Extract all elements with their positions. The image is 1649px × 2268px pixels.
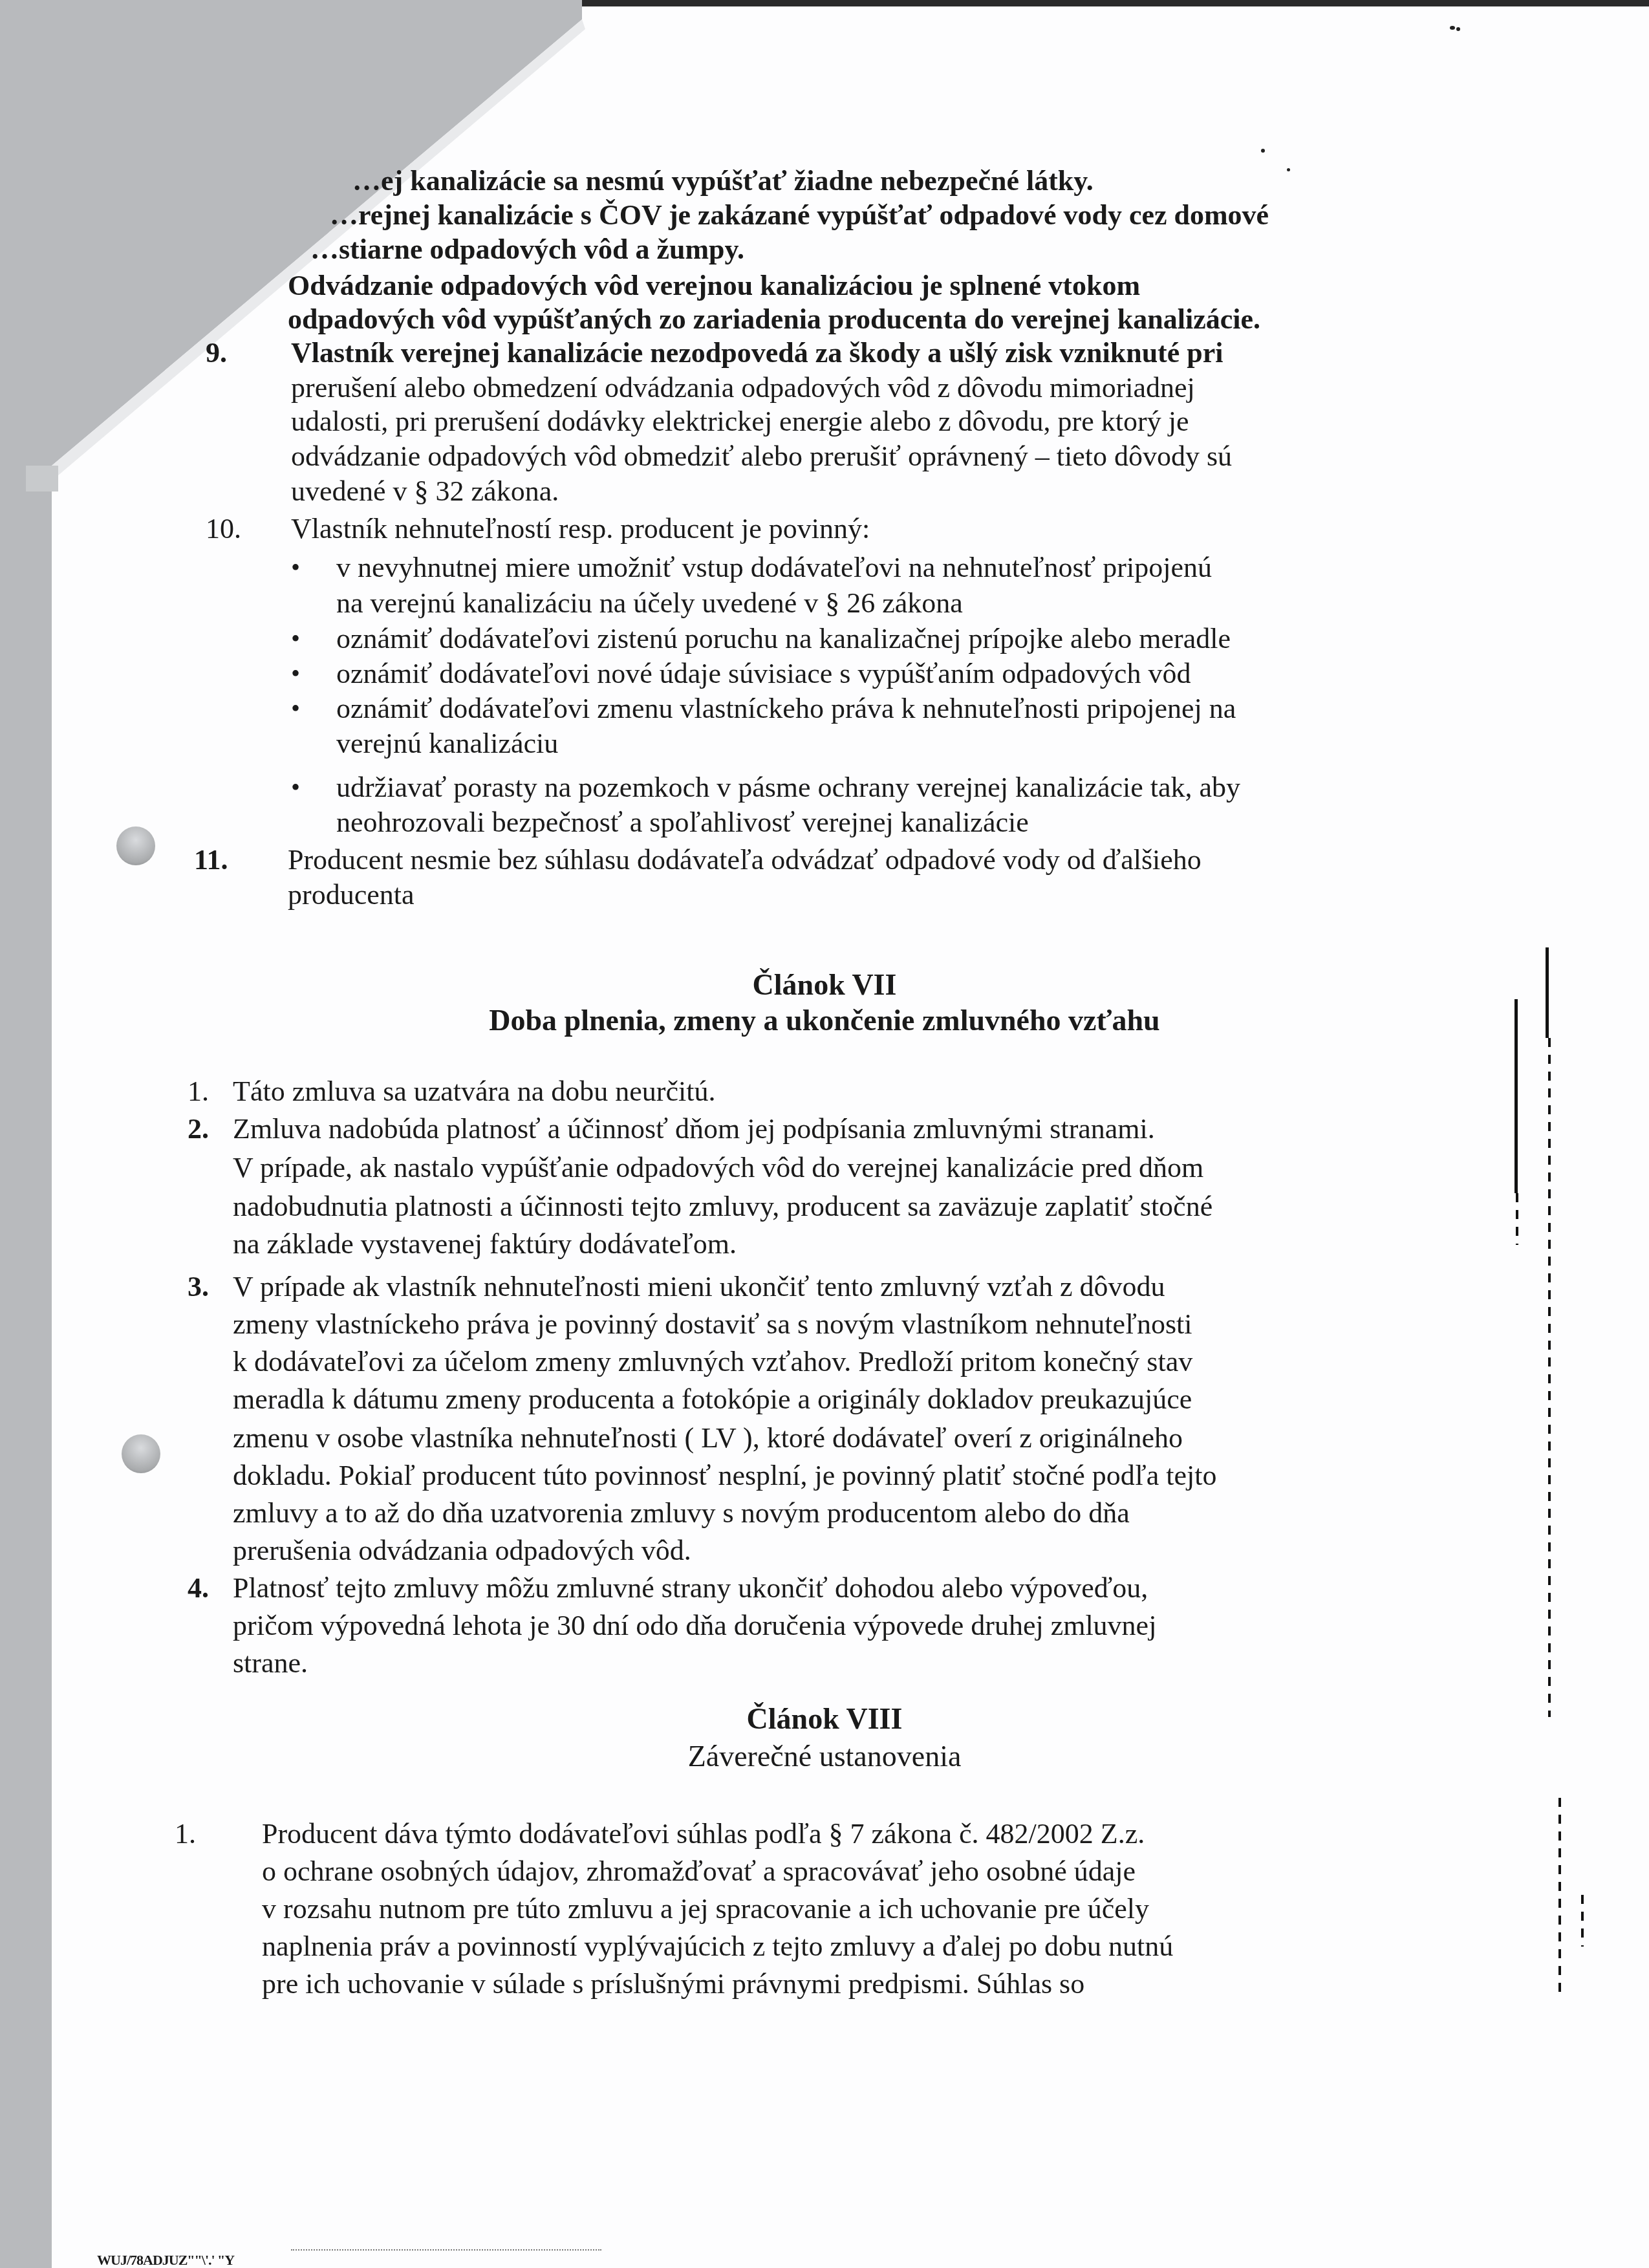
item-number: 3. xyxy=(188,1269,209,1305)
bullet-icon: • xyxy=(291,770,300,806)
item-number: 1. xyxy=(175,1816,196,1852)
text-line: zmeny vlastníckeho práva je povinný dost… xyxy=(233,1306,1192,1343)
bullet-icon: • xyxy=(291,691,300,727)
text-line: Zmluva nadobúda platnosť a účinnosť dňom… xyxy=(233,1111,1155,1147)
article-title: Článok VIII xyxy=(0,1701,1649,1737)
text-line: neohrozovali bezpečnosť a spoľahlivosť v… xyxy=(336,805,1029,841)
article-subtitle: Záverečné ustanovenia xyxy=(0,1738,1649,1775)
text-line: V prípade ak vlastník nehnuteľnosti mien… xyxy=(233,1269,1165,1305)
item-number: 9. xyxy=(206,335,227,371)
text-line: meradla k dátumu zmeny producenta a foto… xyxy=(233,1381,1192,1418)
footer-dotted-line xyxy=(291,2249,601,2251)
text-line: Táto zmluva sa uzatvára na dobu neurčitú… xyxy=(233,1074,715,1110)
text-line: verejnú kanalizáciu xyxy=(336,726,558,762)
text-line: odpadových vôd vypúšťaných zo zariadenia… xyxy=(288,301,1260,338)
punch-hole-icon xyxy=(122,1434,160,1473)
text-line: nadobudnutia platnosti a účinnosti tejto… xyxy=(233,1189,1212,1225)
text-line: udržiavať porasty na pozemkoch v pásme o… xyxy=(336,770,1240,806)
text-line: odvádzanie odpadových vôd obmedziť alebo… xyxy=(291,438,1232,475)
scanner-left-edge xyxy=(0,0,26,2268)
item-number: 4. xyxy=(188,1570,209,1606)
text-line: …rejnej kanalizácie s ČOV je zakázané vy… xyxy=(330,197,1269,233)
text-line: zmenu v osobe vlastníka nehnuteľnosti ( … xyxy=(233,1420,1183,1456)
speck xyxy=(1287,168,1290,171)
text-line: uvedené v § 32 zákona. xyxy=(291,473,559,510)
article-title: Článok VII xyxy=(0,967,1649,1003)
speck xyxy=(1450,26,1455,30)
text-line: na základe vystavenej faktúry dodávateľo… xyxy=(233,1226,737,1262)
text-line: Producent dáva týmto dodávateľovi súhlas… xyxy=(262,1816,1145,1852)
bullet-icon: • xyxy=(291,656,300,692)
margin-line xyxy=(1548,1038,1551,1717)
speck xyxy=(1261,149,1265,153)
text-line: zmluvy a to až do dňa uzatvorenia zmluvy… xyxy=(233,1495,1130,1531)
margin-line xyxy=(1514,999,1518,1193)
text-line: oznámiť dodávateľovi zmenu vlastníckeho … xyxy=(336,691,1236,727)
text-line: oznámiť dodávateľovi nové údaje súvisiac… xyxy=(336,656,1191,692)
text-line: prerušení alebo obmedzení odvádzania odp… xyxy=(291,370,1195,406)
text-line: v nevyhnutnej miere umožniť vstup dodáva… xyxy=(336,550,1212,586)
margin-line xyxy=(1546,947,1549,1038)
text-line: pričom výpovedná lehota je 30 dní odo dň… xyxy=(233,1608,1156,1644)
item-number: 1. xyxy=(188,1074,209,1110)
bullet-icon: • xyxy=(291,550,300,586)
text-line: oznámiť dodávateľovi zistenú poruchu na … xyxy=(336,621,1231,657)
text-line: prerušenia odvádzania odpadových vôd. xyxy=(233,1533,691,1569)
punch-hole-icon xyxy=(116,826,155,865)
text-line: k dodávateľovi za účelom zmeny zmluvných… xyxy=(233,1344,1192,1380)
item-number: 10. xyxy=(206,511,241,547)
text-line: naplnenia práv a povinností vyplývajúcic… xyxy=(262,1928,1173,1965)
article-subtitle: Doba plnenia, zmeny a ukončenie zmluvnéh… xyxy=(0,1002,1649,1039)
text-line: producenta xyxy=(288,877,414,913)
item-number: 2. xyxy=(188,1111,209,1147)
scanner-top-edge xyxy=(0,0,1649,6)
text-line: pre ich uchovanie v súlade s príslušnými… xyxy=(262,1966,1084,2002)
text-line: Vlastník nehnuteľností resp. producent j… xyxy=(291,511,870,547)
text-line: v rozsahu nutnom pre túto zmluvu a jej s… xyxy=(262,1891,1149,1927)
item-number: 11. xyxy=(194,842,228,878)
text-line: o ochrane osobných údajov, zhromažďovať … xyxy=(262,1853,1136,1890)
text-line: udalosti, pri prerušení dodávky elektric… xyxy=(291,404,1189,440)
text-line: V prípade, ak nastalo vypúšťanie odpadov… xyxy=(233,1150,1203,1186)
text-line: Vlastník verejnej kanalizácie nezodpoved… xyxy=(291,335,1223,371)
text-line: …ej kanalizácie sa nesmú vypúšťať žiadne… xyxy=(352,163,1094,199)
text-line: Odvádzanie odpadových vôd verejnou kanal… xyxy=(288,268,1140,304)
margin-line xyxy=(1581,1895,1584,1947)
margin-line xyxy=(1516,1193,1518,1245)
text-line: na verejnú kanalizáciu na účely uvedené … xyxy=(336,585,963,621)
margin-line xyxy=(1558,1798,1561,1992)
text-line: …stiarne odpadových vôd a žumpy. xyxy=(310,232,744,268)
text-line: dokladu. Pokiaľ producent túto povinnosť… xyxy=(233,1458,1216,1494)
text-line: strane. xyxy=(233,1645,308,1681)
text-line: Platnosť tejto zmluvy môžu zmluvné stran… xyxy=(233,1570,1148,1606)
bullet-icon: • xyxy=(291,621,300,657)
text-line: Producent nesmie bez súhlasu dodávateľa … xyxy=(288,842,1202,878)
speck xyxy=(1456,27,1460,31)
footer-scan-mark: WUJ/78ADJUZ""\'.' "Y xyxy=(97,2252,234,2268)
